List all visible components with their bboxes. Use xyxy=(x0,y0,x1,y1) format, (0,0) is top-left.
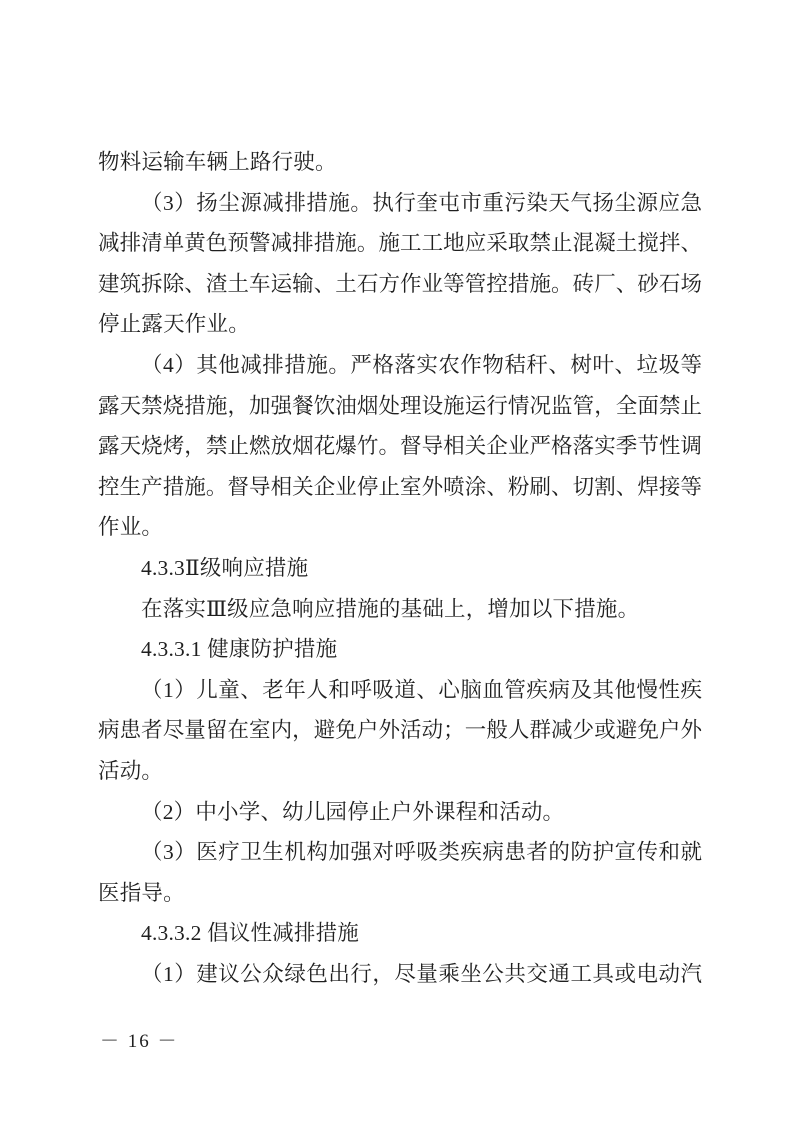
text-line: （4）其他减排措施。严格落实农作物秸秆、树叶、垃圾等 xyxy=(98,345,702,386)
text-line: 病患者尽量留在室内，避免户外活动；一般人群减少或避免户外 xyxy=(98,710,702,751)
text-line: （3）医疗卫生机构加强对呼吸类疾病患者的防护宣传和就 xyxy=(98,832,702,873)
document-page: 物料运输车辆上路行驶。（3）扬尘源减排措施。执行奎屯市重污染天气扬尘源应急减排清… xyxy=(0,0,793,1121)
text-line: 露天烧烤，禁止燃放烟花爆竹。督导相关企业严格落实季节性调 xyxy=(98,426,702,467)
text-line: 作业。 xyxy=(98,507,702,548)
text-line: 建筑拆除、渣土车运输、土石方作业等管控措施。砖厂、砂石场 xyxy=(98,264,702,305)
text-line: 在落实Ⅲ级应急响应措施的基础上，增加以下措施。 xyxy=(98,589,702,630)
document-body: 物料运输车辆上路行驶。（3）扬尘源减排措施。执行奎屯市重污染天气扬尘源应急减排清… xyxy=(98,142,702,994)
heading-line: 4.3.3.2 倡议性减排措施 xyxy=(98,913,702,954)
text-line: 露天禁烧措施，加强餐饮油烟处理设施运行情况监管，全面禁止 xyxy=(98,386,702,427)
heading-line: 4.3.3Ⅱ级响应措施 xyxy=(98,548,702,589)
text-line: 减排清单黄色预警减排措施。施工工地应采取禁止混凝土搅拌、 xyxy=(98,223,702,264)
page-number: － 16 － xyxy=(100,1026,179,1053)
text-line: （3）扬尘源减排措施。执行奎屯市重污染天气扬尘源应急 xyxy=(98,183,702,224)
text-line: （1）儿童、老年人和呼吸道、心脑血管疾病及其他慢性疾 xyxy=(98,670,702,711)
text-line: 停止露天作业。 xyxy=(98,304,702,345)
text-line: （1）建议公众绿色出行，尽量乘坐公共交通工具或电动汽 xyxy=(98,954,702,995)
heading-line: 4.3.3.1 健康防护措施 xyxy=(98,629,702,670)
text-line: 活动。 xyxy=(98,751,702,792)
text-line: （2）中小学、幼儿园停止户外课程和活动。 xyxy=(98,792,702,833)
text-line: 医指导。 xyxy=(98,873,702,914)
text-line: 物料运输车辆上路行驶。 xyxy=(98,142,702,183)
text-line: 控生产措施。督导相关企业停止室外喷涂、粉刷、切割、焊接等 xyxy=(98,467,702,508)
